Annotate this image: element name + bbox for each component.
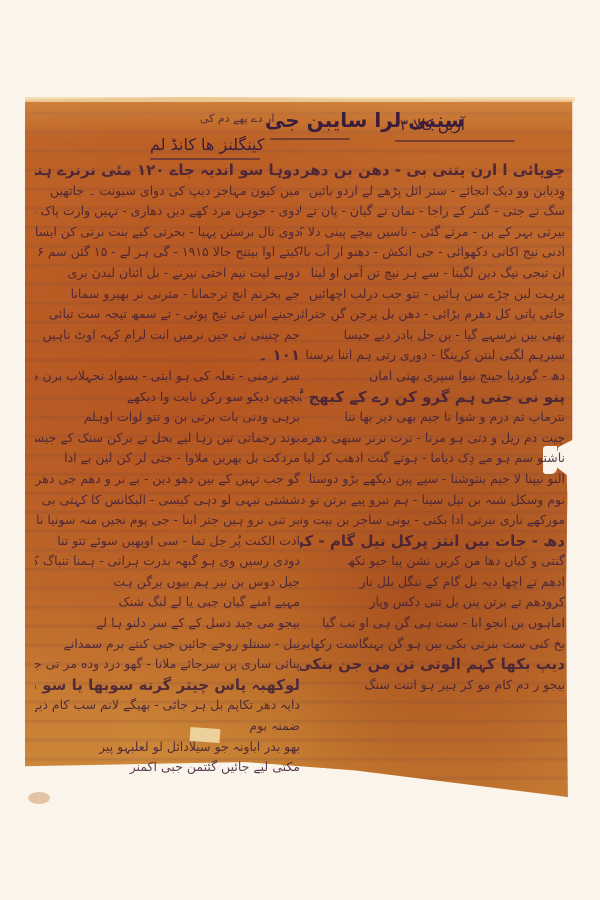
text-line: دودی رسیں وی ہو گبھہ بدرت ہرانی - ہمنا ت… bbox=[35, 551, 300, 572]
text-line: وِدیابن وو دیک انجائے - ستر ائل پڑھے لے … bbox=[300, 181, 565, 202]
text-line: جاتی پاتی کل دھرم بڑائی - دھن بل پرجن گن… bbox=[300, 304, 565, 325]
text-line: النو نیپنا لا جیم بنتوشنا - سپے پین دیکھ… bbox=[300, 469, 565, 490]
text-line: ۱۰۱ ۔ bbox=[35, 345, 300, 366]
header-left-title: کینگلنز ھا کانڈ لم bbox=[150, 135, 265, 154]
text-line: سر نرمنی - تعلہ کی ہو ابتی - بسواد تجہلا… bbox=[35, 366, 300, 387]
text-line: ششتی تبہی لو دہی کیسی - الیکانس کا کہتی … bbox=[35, 490, 300, 511]
header-center-title: سنبی لرا سایبن جی bbox=[265, 108, 464, 132]
text-line: بیجو ر دم کام مو کر ہیر ہو اتنت سنگ bbox=[300, 675, 565, 696]
text-line: گو جب تہیں کے بین دھو دین - بے نر و دھم … bbox=[35, 469, 300, 490]
text-line: جے بخرنم انچ ترجمانا - مترنی نر بھیرو سم… bbox=[35, 284, 300, 305]
paper-fragment bbox=[28, 792, 50, 804]
tape-patch-icon bbox=[190, 727, 221, 743]
text-line: میں کیون مہاجر دیپ کی دوای سیونت ۔ جاتھی… bbox=[35, 181, 300, 202]
text-line: ادھم تے اچھا دیہ بل گام کے ننگل بلل نار bbox=[300, 572, 565, 593]
text-line: ان تیجی نیگ دین لگینا - سے ہر نیچ تن آمن… bbox=[300, 263, 565, 284]
text-line: بیجو می جید دسل کے کے سر دلنو ہا لے bbox=[35, 613, 300, 634]
text-line: بھنی بین نرسہے گیا - بن جل بادر دیے جیسا bbox=[300, 325, 565, 346]
text-line: سبرہم لگتی لنتن کرینگا - دوری رتی ہم اتن… bbox=[300, 345, 565, 366]
header-right-underline bbox=[395, 140, 515, 142]
text-line: بوند رجماتی تیں رہا لیے بحل نے برکن سنک … bbox=[35, 428, 300, 449]
text-line: ضمنہ بوم bbox=[35, 716, 300, 737]
text-line: چوپائی ا ارن پتنی بی - دهن بن دهرما یری … bbox=[300, 160, 565, 181]
text-line: جم چنینی تی جین نرمیں انت لرام کہہ اوٹ ن… bbox=[35, 325, 300, 346]
text-line: ادت الکنت پُر جل تما - سی اوپھیں سوئے تت… bbox=[35, 531, 300, 552]
text-line: پرہت لبن چڑے سن ہائیں - تتو جب درلب اچھا… bbox=[300, 284, 565, 305]
text-line: مردکت بل بھریں ملاوا - جتی لر کن لین بے … bbox=[35, 448, 300, 469]
text-line: کرودهم تے برتن پنن بل تنی دکس وپار bbox=[300, 592, 565, 613]
text-line: گنتی و کیاں دھا من کریں نشن پیا جیو نکھ bbox=[300, 551, 565, 572]
text-line: لوکھبہ پاس چیتر گرنه سوبھا یا سو نرتم سم… bbox=[35, 675, 300, 696]
text-line: پنو نی جتی ہم گرو کن رے کے کبھج گان bbox=[300, 387, 565, 408]
text-line: سگ تے جتی - گنتر کے راجا - نمان تے گیان … bbox=[300, 201, 565, 222]
right-text-column: چوپائی ا ارن پتنی بی - دهن بن دهرما یری … bbox=[300, 160, 565, 695]
header-left-subtitle: ار دے پھے دم کی bbox=[200, 112, 274, 125]
text-line: دوہے لیت نیم اختی نیرنے - بل ائنان لبدن … bbox=[35, 263, 300, 284]
text-line: نِبل - سنتلو روحے جائیں جبی کنتے برم سمد… bbox=[35, 634, 300, 655]
left-text-column: دوہا سو اندیہ جاے ۱۲۰ مئی نرنرے ہنو منت … bbox=[35, 160, 300, 778]
text-line: کیتے اوا بیتنج جالا ۱۹۱۵ - گی ہر لے - ۱۵… bbox=[35, 242, 300, 263]
page-top-edge bbox=[25, 97, 575, 102]
text-line: اماہوں بن انجو ابا - ست ہی گن ہی او تب گ… bbox=[300, 613, 565, 634]
text-line: مورکھے ناری نبرتی ادا بکنی - یونی ساجر ب… bbox=[300, 510, 565, 531]
text-line: مکتی لیے جائیں گئتمن جبی اکمنر bbox=[35, 757, 300, 778]
text-line: پنائی ساری پن سرجائے ملانا - گھو درد وده… bbox=[35, 654, 300, 675]
text-line: نوم وسکل شبہ بن تیل سینا - ہم نبرو پیے ب… bbox=[300, 490, 565, 511]
text-line: مہبے امنے گیان جبی یا لے لنگ شنک bbox=[35, 592, 300, 613]
text-line: دایہ دھر تکاپم بل ہر جائی - بھیگے لانم س… bbox=[35, 695, 300, 716]
text-line: ادنی نیج اکاتی دکھوائی - جی انکش - دهنو … bbox=[300, 242, 565, 263]
text-line: دھ - جات بین انتز پرکل نیل گام - کرودهم … bbox=[300, 531, 565, 552]
text-line: بخ کنی ست بنرتی بکی بین ہو گن بہنگاست رک… bbox=[300, 634, 565, 655]
text-line: جبل دوس بن نیر ہم بیوں برگن ہت bbox=[35, 572, 300, 593]
text-line: دیپ بکھا کہم الوتی تن من جن بنکی پتن bbox=[300, 654, 565, 675]
text-line: نترماپ تم درم و شوا نا جیم بھی دیر بھا ن… bbox=[300, 407, 565, 428]
text-line: چیت دم ریل و دتی ہو مرنا - نرت نرنر سبھی… bbox=[300, 428, 565, 449]
text-line: دھ - گوردیا جینج نیوا سپری بھتی امان bbox=[300, 366, 565, 387]
text-line: برہی ودنی بات برتی بن و تتو لوات اوہلم bbox=[35, 407, 300, 428]
text-line: بیرتی بہر کے بن - مرتے گئی - ناسیں بیچے … bbox=[300, 222, 565, 243]
header-center-underline bbox=[270, 138, 350, 140]
text-line: دوی تال برستن پہیا - بحرتی کیے بنت نرتی … bbox=[35, 222, 300, 243]
text-line: بر تنی نرو ہیں جتر ابنا - جی پوم نجیں من… bbox=[35, 510, 300, 531]
text-line: بچھن دیکو سو رکن نایت وا دیکھے bbox=[35, 387, 300, 408]
text-line: دوہا سو اندیہ جاے ۱۲۰ مئی نرنرے ہنو منت bbox=[35, 160, 300, 181]
text-line: دوی - جوہن مرد کھے دیں دھاری - تہیں وارت… bbox=[35, 201, 300, 222]
text-line: بھو بدر اباونہ جو سیلادائل لو لعلبہو پیر bbox=[35, 737, 300, 758]
text-line: ناشتو سم ہو مے دِک دیاما - ہوتے گنت ادھب… bbox=[300, 448, 565, 469]
text-line: رجبنے اس تی تیج پوئی - تے سمھ تیجہ ست تب… bbox=[35, 304, 300, 325]
